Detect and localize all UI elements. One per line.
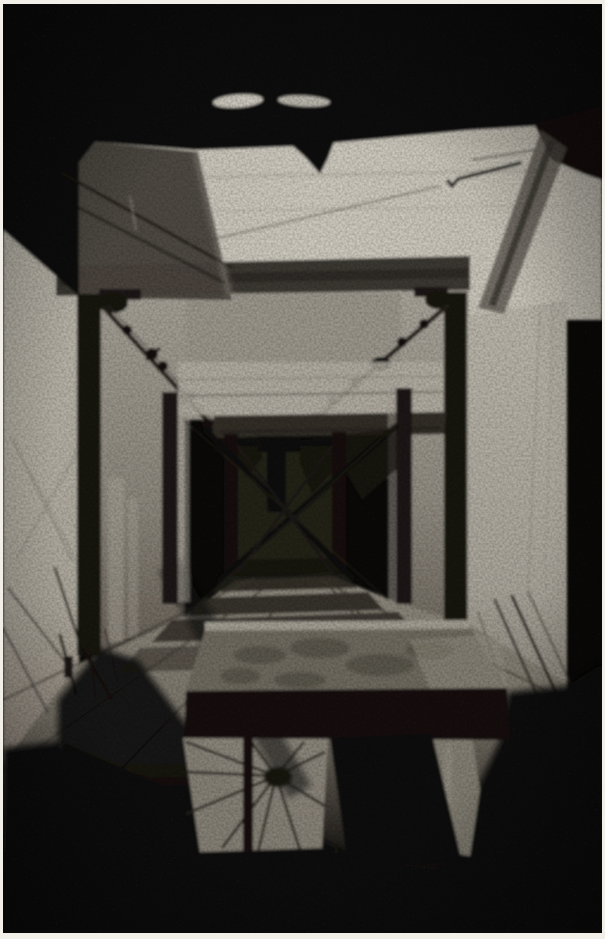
photograph — [0, 0, 605, 939]
film-grain-light — [0, 0, 605, 939]
photo-canvas — [0, 0, 605, 939]
